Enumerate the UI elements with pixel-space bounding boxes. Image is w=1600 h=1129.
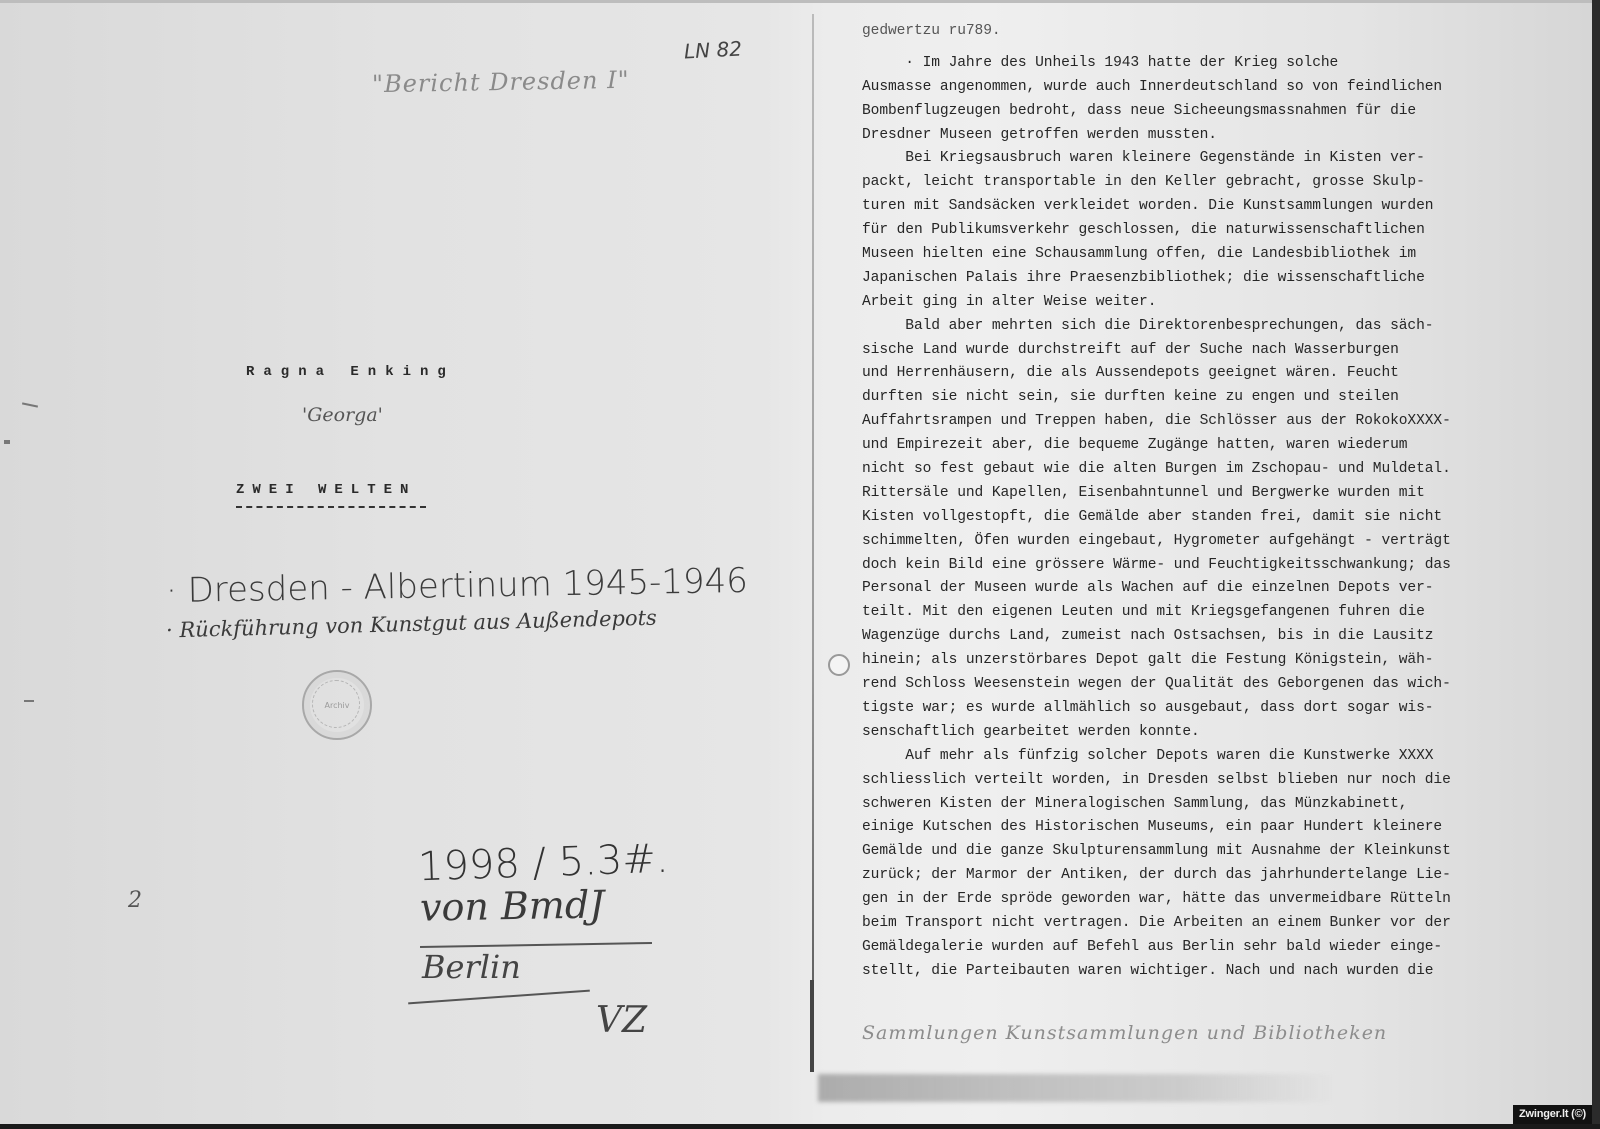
typescript-line: · Im Jahre des Unheils 1943 hatte der Kr…	[862, 52, 1582, 76]
typescript-line: Rittersäle und Kapellen, Eisenbahntunnel…	[862, 482, 1582, 506]
typescript-line: Wagenzüge durchs Land, zumeist nach Osts…	[862, 625, 1582, 649]
typescript-line: senschaftlich gearbeitet werden konnte.	[862, 721, 1582, 745]
typescript-line: Personal der Museen wurde als Wachen auf…	[862, 577, 1582, 601]
typescript-line: durften sie nicht sein, sie durften kein…	[862, 386, 1582, 410]
punch-hole	[828, 654, 850, 676]
typescript-line: beim Transport nicht vertragen. Die Arbe…	[862, 912, 1582, 936]
typescript-line: doch kein Bild eine grössere Wärme- und …	[862, 554, 1582, 578]
note-albertinum: · Dresden - Albertinum 1945-1946	[166, 561, 749, 611]
scan-shadow	[818, 1074, 1338, 1102]
page-number: 2	[128, 888, 142, 913]
typescript-line: Japanischen Palais ihre Praesenzbiblioth…	[862, 267, 1582, 291]
typescript-line: rend Schloss Weesenstein wegen der Quali…	[862, 673, 1582, 697]
margin-mark	[4, 440, 10, 444]
archive-stamp: Archiv	[302, 670, 372, 740]
typescript-lines: · Im Jahre des Unheils 1943 hatte der Kr…	[862, 52, 1582, 984]
typescript-line: Auf mehr als fünfzig solcher Depots ware…	[862, 745, 1582, 769]
stamp-ring	[312, 680, 360, 728]
typescript-line: und Herrenhäusern, die als Aussendepots …	[862, 362, 1582, 386]
watermark: Zwinger.lt (©)	[1513, 1105, 1592, 1124]
handwritten-underline	[408, 990, 590, 1005]
handwritten-heading: "Bericht Dresden I"	[372, 66, 630, 98]
note-rueckfuehrung: · Rückführung von Kunstgut aus Außendepo…	[166, 606, 657, 643]
accession-number: 1998 / 5.3#.	[417, 836, 669, 891]
page-header: gedwertzu ru789.	[862, 20, 1582, 44]
provenance-from: von BmdJ	[420, 882, 605, 929]
margin-mark	[22, 402, 38, 407]
typescript-line: schimmelten, Öfen wurden eingebaut, Hygr…	[862, 530, 1582, 554]
typescript-line: turen mit Sandsäcken verkleidet worden. …	[862, 195, 1582, 219]
typescript-line: schweren Kisten der Mineralogischen Samm…	[862, 793, 1582, 817]
author-pseudonym: 'Georga'	[302, 404, 383, 426]
typescript-line: Bei Kriegsausbruch waren kleinere Gegens…	[862, 147, 1582, 171]
typescript-line: hinein; als unzerstörbares Depot galt di…	[862, 649, 1582, 673]
right-page-typescript: gedwertzu ru789. · Im Jahre des Unheils …	[818, 0, 1592, 1124]
author-name: Ragna Enking	[246, 364, 455, 380]
typescript-body: gedwertzu ru789. · Im Jahre des Unheils …	[862, 20, 1582, 984]
typescript-line: für den Publikumsverkehr geschlossen, di…	[862, 219, 1582, 243]
scan-bottom-edge	[0, 1124, 1600, 1129]
typescript-line: stellt, die Parteibauten waren wichtiger…	[862, 960, 1582, 984]
typescript-line: nicht so fest gebaut wie die alten Burge…	[862, 458, 1582, 482]
typescript-line: packt, leicht transportable in den Kelle…	[862, 171, 1582, 195]
typescript-line: Ausmasse angenommen, wurde auch Innerdeu…	[862, 76, 1582, 100]
typescript-line: zurück; der Marmor der Antiken, der durc…	[862, 864, 1582, 888]
gutter-shadow	[810, 980, 814, 1072]
title-underline	[236, 506, 426, 508]
typescript-line: Gemäldegalerie wurden auf Befehl aus Ber…	[862, 936, 1582, 960]
typescript-line: tigste war; es wurde allmählich so ausge…	[862, 697, 1582, 721]
typescript-line: einige Kutschen des Historischen Museums…	[862, 816, 1582, 840]
scanned-document: LN 82 "Bericht Dresden I" Ragna Enking '…	[0, 0, 1592, 1124]
typescript-line: Gemälde und die ganze Skulpturensammlung…	[862, 840, 1582, 864]
typescript-line: Auffahrtsrampen und Treppen haben, die S…	[862, 410, 1582, 434]
typescript-line: schliesslich verteilt worden, in Dresden…	[862, 769, 1582, 793]
document-title: ZWEI WELTEN	[236, 482, 416, 498]
typescript-line: sische Land wurde durchstreift auf der S…	[862, 339, 1582, 363]
typescript-line: Museen hielten eine Schausammlung offen,…	[862, 243, 1582, 267]
scan-right-edge	[1592, 0, 1600, 1129]
handwritten-footnote: Sammlungen Kunstsammlungen und Bibliothe…	[862, 1022, 1387, 1044]
typescript-line: Bombenflugzeugen bedroht, dass neue Sich…	[862, 100, 1582, 124]
provenance-city: Berlin	[422, 948, 521, 986]
handwritten-initials: VZ	[596, 1000, 647, 1041]
typescript-line: Dresdner Museen getroffen werden mussten…	[862, 124, 1582, 148]
margin-mark	[24, 700, 34, 702]
typescript-line: gen in der Erde spröde geworden war, hät…	[862, 888, 1582, 912]
archive-code: LN 82	[683, 37, 742, 64]
typescript-line: Bald aber mehrten sich die Direktorenbes…	[862, 315, 1582, 339]
typescript-line: Arbeit ging in alter Weise weiter.	[862, 291, 1582, 315]
typescript-line: und Empirezeit aber, die bequeme Zugänge…	[862, 434, 1582, 458]
left-page-cover: LN 82 "Bericht Dresden I" Ragna Enking '…	[0, 0, 810, 1124]
typescript-line: teilt. Mit den eigenen Leuten und mit Kr…	[862, 601, 1582, 625]
typescript-line: Kisten vollgestopft, die Gemälde aber st…	[862, 506, 1582, 530]
page-gutter	[812, 14, 814, 1070]
